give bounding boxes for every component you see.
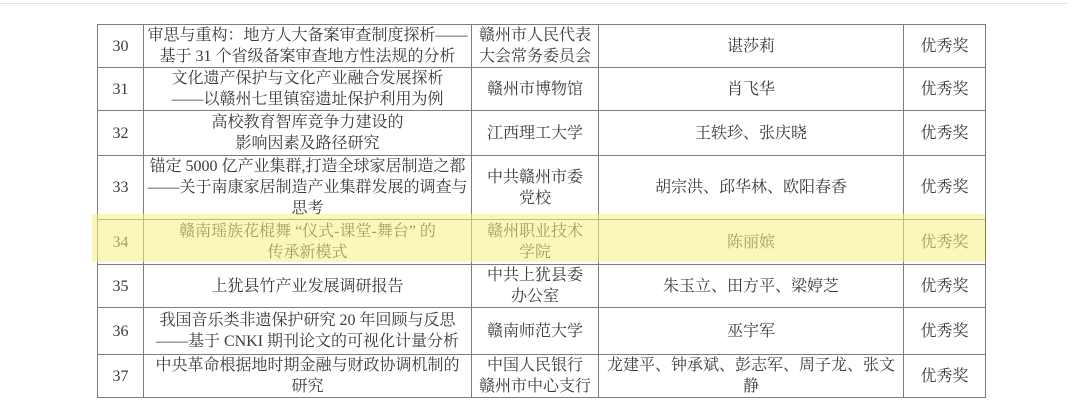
organization-cell: 中共上犹县委 办公室 <box>472 265 599 308</box>
title-cell: 我国音乐类非遗保护研究 20 年回顾与反思 ——基于 CNKI 期刊论文的可视化… <box>144 308 472 355</box>
table-row: 36 我国音乐类非遗保护研究 20 年回顾与反思 ——基于 CNKI 期刊论文的… <box>98 308 986 355</box>
authors-cell: 朱玉立、田方平、梁婷芝 <box>599 265 904 308</box>
award-cell: 优秀奖 <box>904 25 986 68</box>
row-number: 35 <box>98 265 144 308</box>
row-number: 30 <box>98 25 144 68</box>
table-row: 30 审思与重构：地方人大备案审查制度探析—— 基于 31 个省级备案审查地方性… <box>98 25 986 68</box>
award-cell: 优秀奖 <box>904 111 986 156</box>
authors-cell: 龙建平、钟承斌、彭志军、周子龙、张文静 <box>599 355 904 398</box>
organization-cell: 赣州市博物馆 <box>472 68 599 111</box>
table-row: 35 上犹县竹产业发展调研报告 中共上犹县委 办公室 朱玉立、田方平、梁婷芝 优… <box>98 265 986 308</box>
row-number: 32 <box>98 111 144 156</box>
table-row: 37 中央革命根据地时期金融与财政协调机制的 研究 中国人民银行 赣州市中心支行… <box>98 355 986 398</box>
page-top-divider <box>0 3 1068 4</box>
title-cell: 上犹县竹产业发展调研报告 <box>144 265 472 308</box>
title-cell: 赣南瑶族花棍舞 “仪式-课堂-舞台” 的 传承新模式 <box>144 220 472 265</box>
table-row: 33 锚定 5000 亿产业集群,打造全球家居制造之都 ——关于南康家居制造产业… <box>98 156 986 220</box>
award-cell: 优秀奖 <box>904 308 986 355</box>
organization-cell: 中共赣州市委 党校 <box>472 156 599 220</box>
title-cell: 审思与重构：地方人大备案审查制度探析—— 基于 31 个省级备案审查地方性法规的… <box>144 25 472 68</box>
award-cell: 优秀奖 <box>904 156 986 220</box>
organization-cell: 赣州职业技术 学院 <box>472 220 599 265</box>
title-cell: 锚定 5000 亿产业集群,打造全球家居制造之都 ——关于南康家居制造产业集群发… <box>144 156 472 220</box>
organization-cell: 赣州市人民代表 大会常务委员会 <box>472 25 599 68</box>
table-row: 31 文化遗产保护与文化产业融合发展探析 ——以赣州七里镇窑遗址保护利用为例 赣… <box>98 68 986 111</box>
authors-cell: 胡宗洪、邱华林、欧阳春香 <box>599 156 904 220</box>
award-cell: 优秀奖 <box>904 355 986 398</box>
row-number: 37 <box>98 355 144 398</box>
award-cell: 优秀奖 <box>904 265 986 308</box>
title-cell: 高校教育智库竞争力建设的 影响因素及路径研究 <box>144 111 472 156</box>
authors-cell: 巫宇军 <box>599 308 904 355</box>
row-number: 33 <box>98 156 144 220</box>
award-cell: 优秀奖 <box>904 220 986 265</box>
table-row: 32 高校教育智库竞争力建设的 影响因素及路径研究 江西理工大学 王轶珍、张庆晓… <box>98 111 986 156</box>
organization-cell: 江西理工大学 <box>472 111 599 156</box>
organization-cell: 赣南师范大学 <box>472 308 599 355</box>
authors-cell: 王轶珍、张庆晓 <box>599 111 904 156</box>
table-row-highlighted: 34 赣南瑶族花棍舞 “仪式-课堂-舞台” 的 传承新模式 赣州职业技术 学院 … <box>98 220 986 265</box>
authors-cell: 谌莎莉 <box>599 25 904 68</box>
row-number: 31 <box>98 68 144 111</box>
title-cell: 文化遗产保护与文化产业融合发展探析 ——以赣州七里镇窑遗址保护利用为例 <box>144 68 472 111</box>
award-cell: 优秀奖 <box>904 68 986 111</box>
row-number: 34 <box>98 220 144 265</box>
award-table: 30 审思与重构：地方人大备案审查制度探析—— 基于 31 个省级备案审查地方性… <box>97 24 986 398</box>
title-cell: 中央革命根据地时期金融与财政协调机制的 研究 <box>144 355 472 398</box>
authors-cell: 肖飞华 <box>599 68 904 111</box>
authors-cell: 陈丽嫔 <box>599 220 904 265</box>
row-number: 36 <box>98 308 144 355</box>
organization-cell: 中国人民银行 赣州市中心支行 <box>472 355 599 398</box>
